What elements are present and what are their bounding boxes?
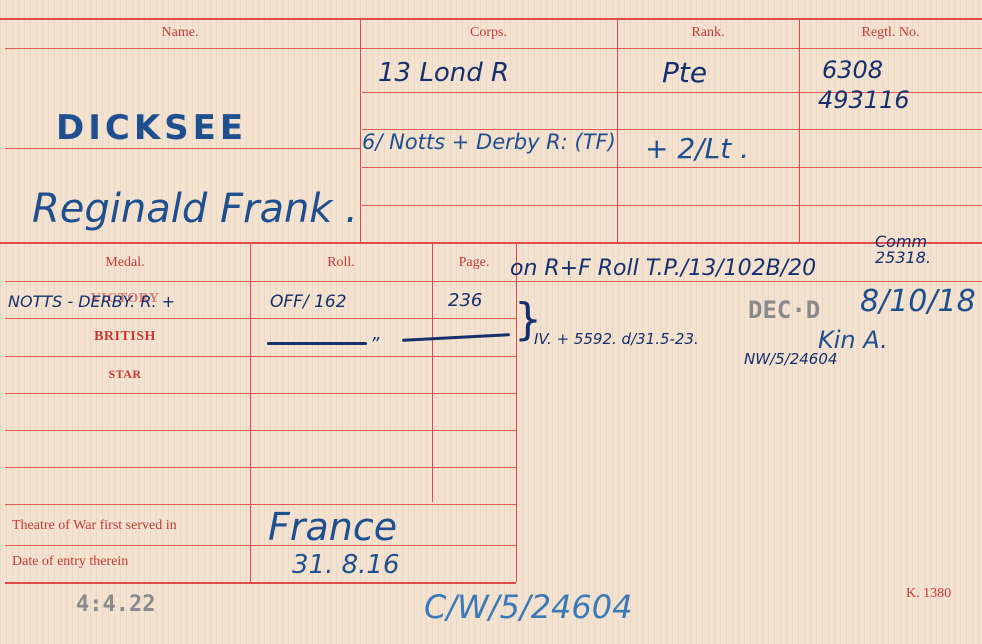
medal-entry-1: NOTTS - DERBY. R. + [8, 292, 175, 311]
rule-remarks-header [516, 281, 982, 282]
theatre-value: France [268, 505, 397, 549]
col-divider-roll-page [432, 244, 433, 502]
regtl-no-1: 6308 [822, 56, 883, 84]
rule-medal-2 [5, 356, 516, 357]
label-theatre: Theatre of War first served in [12, 518, 177, 534]
form-number: K. 1380 [906, 586, 951, 602]
ditto-line-right [402, 333, 510, 342]
bottom-reference: C/W/5/24604 [424, 588, 632, 626]
col-divider-medal-roll [250, 244, 251, 582]
header-page: Page. [432, 255, 516, 271]
col-divider-rank-regtl [799, 20, 800, 242]
ditto-mark: ” [370, 334, 379, 355]
col-divider-name-corps [360, 20, 361, 242]
remarks-roll-ref: on R+F Roll T.P./13/102B/20 [510, 256, 816, 281]
remarks-brace-note: IV. + 5592. d/31.5-23. [534, 330, 699, 348]
rule-medal-3 [5, 393, 516, 394]
date-entry-value: 31. 8.16 [292, 550, 400, 580]
col-divider-corps-rank [617, 20, 618, 242]
corps-line-2: 6/ Notts + Derby R: (TF) [362, 130, 616, 154]
rule-mid [0, 242, 982, 244]
rule-medal-4 [5, 430, 516, 431]
dec-date: 8/10/18 . [860, 284, 982, 319]
stamp-date: 4:4.22 [76, 592, 155, 617]
rule-corps-4 [362, 205, 982, 206]
medal-index-card: Name. Corps. Rank. Regtl. No. Medal. Rol… [0, 0, 982, 644]
rule-theatre [5, 545, 516, 546]
remarks-comm: Comm 25318. [875, 234, 965, 266]
header-roll: Roll. [250, 255, 432, 271]
dec-stamp: DEC·D [748, 296, 820, 324]
surname: DICKSEE [56, 108, 247, 148]
rule-bottom [5, 582, 516, 584]
rule-medal-6 [5, 504, 516, 505]
header-regtl-no: Regtl. No. [799, 25, 982, 41]
rank-line-1: Pte [662, 56, 707, 89]
rule-medal-header [5, 281, 516, 282]
rank-line-2: + 2/Lt . [645, 132, 749, 165]
page-entry-1: 236 [448, 290, 482, 311]
header-name: Name. [0, 25, 360, 41]
header-corps: Corps. [360, 25, 617, 41]
medal-british-label: BRITISH [0, 329, 250, 345]
rule-corps-3 [362, 167, 982, 168]
rule-name-mid [5, 148, 360, 149]
label-date-entry: Date of entry therein [12, 554, 128, 570]
forenames: Reginald Frank . [32, 186, 358, 232]
rule-top [0, 18, 982, 20]
regtl-no-2: 493116 [818, 86, 910, 114]
ditto-line-left [267, 342, 367, 345]
rule-medal-5 [5, 467, 516, 468]
header-rank: Rank. [617, 25, 799, 41]
header-medal: Medal. [0, 255, 250, 271]
remarks-nw-ref: NW/5/24604 [744, 350, 837, 368]
medal-star-label: STAR [0, 367, 250, 382]
roll-entry-1: OFF/ 162 [270, 292, 347, 312]
corps-line-1: 13 Lond R [378, 58, 509, 88]
rule-medal-1 [5, 318, 516, 319]
rule-header-bottom [5, 48, 982, 49]
